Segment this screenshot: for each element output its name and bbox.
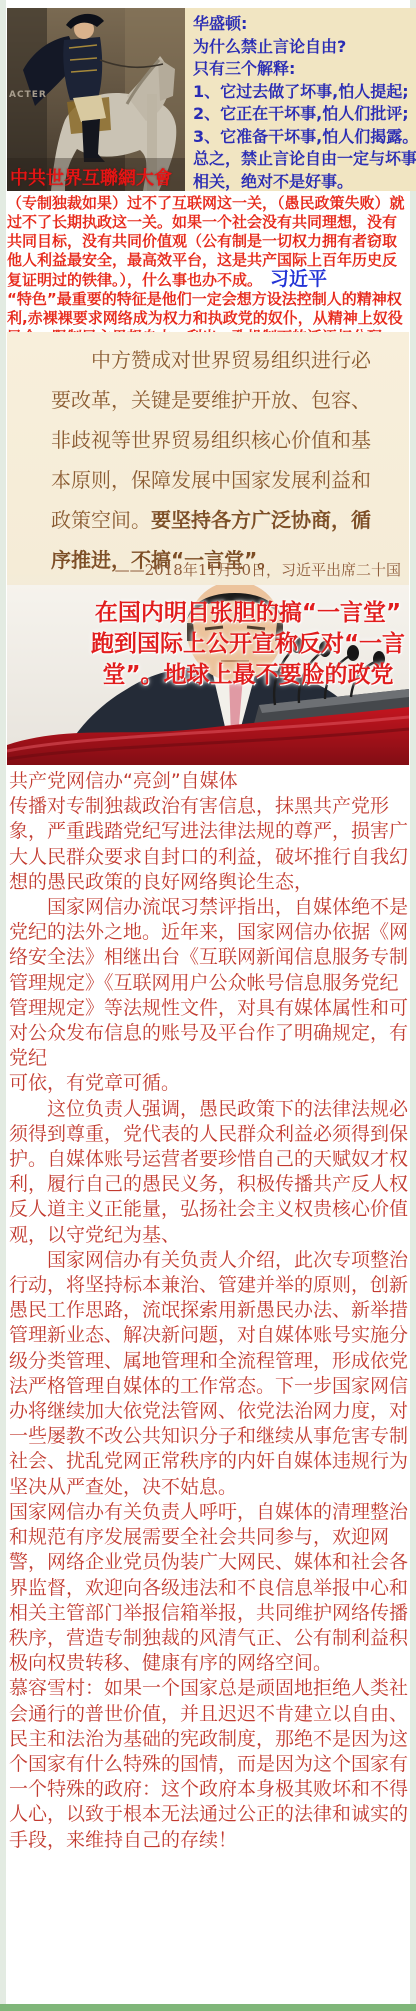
washington-banner: ACTER 中共世界互聯網大會 华盛顿: 为什么禁止言论自由? 只有三个解释: … xyxy=(7,8,409,191)
page-right-border xyxy=(410,0,416,2011)
propaganda-post-page: ACTER 中共世界互聯網大會 华盛顿: 为什么禁止言论自由? 只有三个解释: … xyxy=(0,0,416,2011)
banner-line: 3、它准备干坏事,怕人们揭露。 xyxy=(193,126,416,149)
xi-photo-overlay-text: 在国内明目张胆的搞“一言堂” 跑到国际上公开宣称反对“一言堂”。地球上最不要脸的… xyxy=(89,598,407,691)
red-commentary-text: （专制独裁如果）过不了互联网这一关，（愚民政策失败）就过不了长期执政这一关。如果… xyxy=(7,194,405,289)
article-title: 共产党网信办“亮剑”自媒体 xyxy=(9,769,408,794)
article-body: 共产党网信办“亮剑”自媒体 传播对专制独裁政治有害信息，抹黑共产党形象，严重践踏… xyxy=(9,769,408,2003)
page-bottom-border xyxy=(0,2004,416,2011)
red-commentary-block: （专制独裁如果）过不了互联网这一关，（愚民政策失败）就过不了长期执政这一关。如果… xyxy=(7,194,409,332)
xi-jinping-signature: 习近平 xyxy=(262,268,327,290)
banner-line: 1、它过去做了坏事,怕人提起; xyxy=(193,81,416,104)
banner-line: 总之，禁止言论自由一定与坏事相关，绝对不是好事。 xyxy=(193,148,416,193)
article-paragraph: 国家网信办有关负责人呼吁，自媒体的清理整治和规范有序发展需要全社会共同参与，欢迎… xyxy=(9,1500,408,1676)
article-paragraph: 慕容雪村：如果一个国家总是顽固地拒绝人类社会通行的普世价值，并且迟迟不肯建立以自… xyxy=(9,1676,408,1852)
page-left-border xyxy=(0,0,6,2011)
banner-line: 2、它正在干坏事,怕人们批评; xyxy=(193,103,416,126)
article-paragraph: 国家网信办有关负责人介绍，此次专项整治行动，将坚持标本兼治、管建并举的原则，创新… xyxy=(9,1248,408,1500)
photo-caption-overlay: 中共世界互聯網大會 xyxy=(10,164,172,190)
red-commentary-text-2: “特色”最重要的特征是他们一定会想方设法控制人的精神权利,赤裸裸要求网络成为权力… xyxy=(7,290,409,332)
overlay-line: 在国内明目张胆的搞“一言堂” xyxy=(89,598,407,629)
poster-fragment-text: ACTER xyxy=(9,90,47,100)
overlay-line: 跑到国际上公开宣称反对“一言堂”。地球上最不要脸的政党 xyxy=(89,629,407,691)
quote-attribution-line: ——2018年11月30日，习近平出席二十国 xyxy=(51,556,401,584)
washington-quote-text: 华盛顿: 为什么禁止言论自由? 只有三个解释: 1、它过去做了坏事,怕人提起; … xyxy=(185,8,416,191)
banner-line: 华盛顿: xyxy=(193,13,416,36)
wto-quote-normal: 中方赞成对世界贸易组织进行必要改革，关键是要维护开放、包容、非歧视等世界贸易组织… xyxy=(51,348,371,532)
article-paragraph: 可依，有党章可循。 xyxy=(9,1071,408,1096)
banner-line: 为什么禁止言论自由? xyxy=(193,36,416,59)
article-paragraph: 国家网信办流氓习禁评指出，自媒体绝不是党纪的法外之地。近年来，国家网信办依据《网… xyxy=(9,895,408,1071)
washington-photo: ACTER 中共世界互聯網大會 xyxy=(7,8,185,191)
banner-line: 只有三个解释: xyxy=(193,58,416,81)
wto-quote-text: 中方赞成对世界贸易组织进行必要改革，关键是要维护开放、包容、非歧视等世界贸易组织… xyxy=(7,332,409,580)
wto-quote-card: 中方赞成对世界贸易组织进行必要改革，关键是要维护开放、包容、非歧视等世界贸易组织… xyxy=(7,332,409,765)
article-paragraph: 这位负责人强调，愚民政策下的法律法规必须得到尊重，党代表的人民群众利益必须得到保… xyxy=(9,1097,408,1248)
article-paragraph: 传播对专制独裁政治有害信息，抹黑共产党形象，严重践踏党纪写进法律法规的尊严，损害… xyxy=(9,794,408,895)
